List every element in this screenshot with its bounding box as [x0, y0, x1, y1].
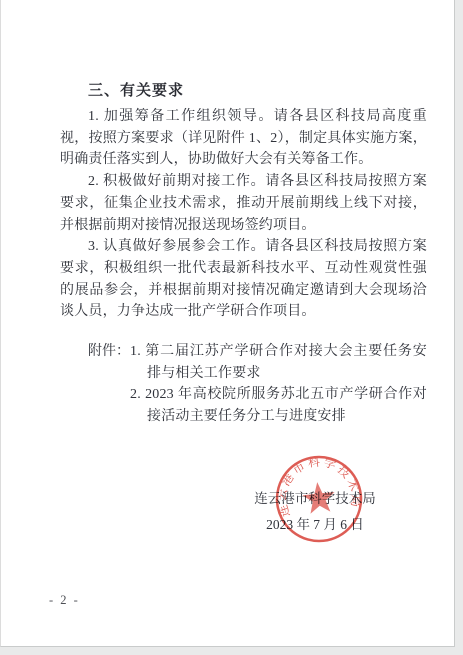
attachments-label: 附件： [60, 341, 130, 363]
attachment-item-1: 1. 第二届江苏产学研合作对接大会主要任务安排与相关工作要求 [130, 341, 427, 384]
paragraph-2: 2. 积极做好前期对接工作。请各县区科技局按照方案要求，征集企业技术需求，推动开… [60, 171, 427, 236]
attachments-list: 1. 第二届江苏产学研合作对接大会主要任务安排与相关工作要求 2. 2023 年… [130, 341, 427, 428]
paragraph-1: 1. 加强筹备工作组织领导。请各县区科技局高度重视，按照方案要求（详见附件 1、… [60, 106, 427, 171]
document-body: 三、有关要求 1. 加强筹备工作组织领导。请各县区科技局高度重视，按照方案要求（… [60, 80, 427, 428]
page-number: - 2 - [49, 593, 80, 608]
scanned-page-view: 三、有关要求 1. 加强筹备工作组织领导。请各县区科技局高度重视，按照方案要求（… [0, 0, 463, 655]
star-icon [301, 480, 336, 514]
document-page: 三、有关要求 1. 加强筹备工作组织领导。请各县区科技局高度重视，按照方案要求（… [0, 0, 455, 647]
attachment-item-2: 2. 2023 年高校院所服务苏北五市产学研合作对接活动主要任务分工与进度安排 [130, 384, 427, 427]
paragraph-3: 3. 认真做好参展参会工作。请各县区科技局按照方案要求，积极组织一批代表最新科技… [60, 236, 427, 323]
section-heading: 三、有关要求 [60, 80, 427, 102]
attachments-block: 附件： 1. 第二届江苏产学研合作对接大会主要任务安排与相关工作要求 2. 20… [60, 341, 427, 428]
official-seal: 连云港市科学技术局 [257, 437, 380, 560]
